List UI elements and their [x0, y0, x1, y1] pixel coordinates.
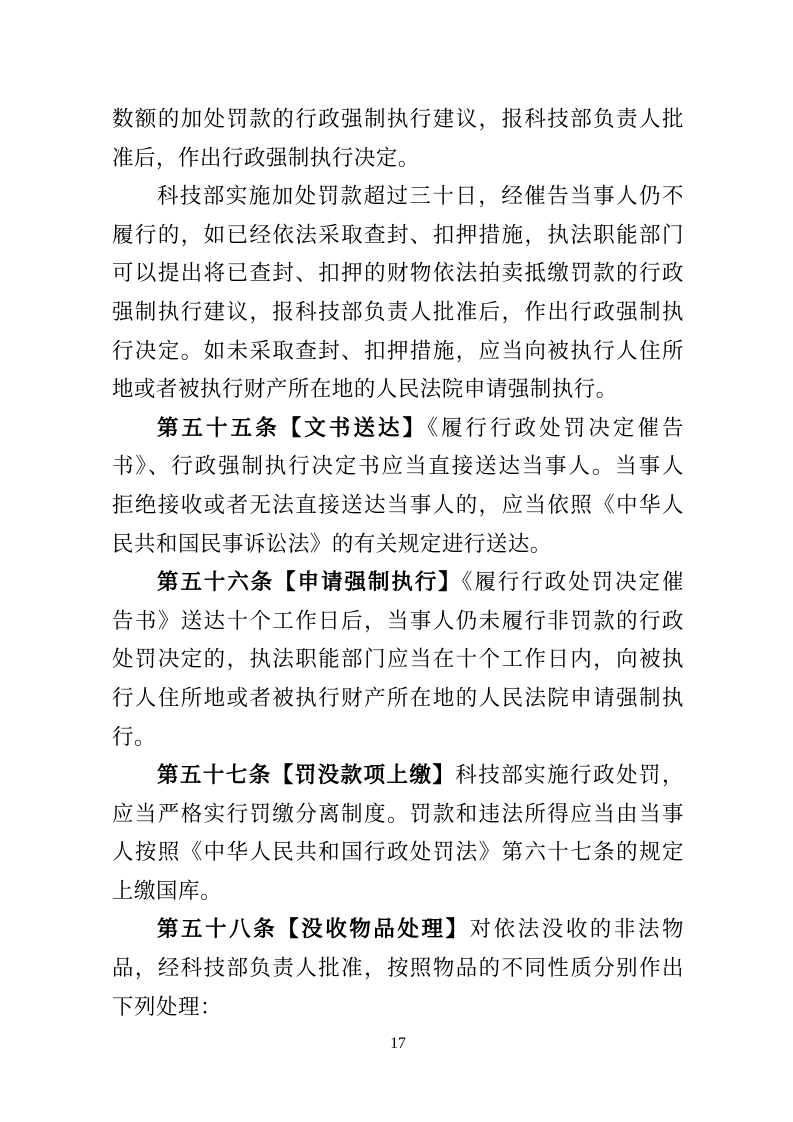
line-text: 科技部实施行政处罚， [455, 763, 684, 787]
text-line: 第五十七条【罚没款项上缴】科技部实施行政处罚， [112, 756, 684, 795]
article-heading: 第五十六条【申请强制执行】 [157, 570, 462, 594]
document-body: 数额的加处罚款的行政强制执行建议，报科技部负责人批准后，作出行政强制执行决定。科… [112, 100, 684, 1026]
line-text: 上缴国库。 [112, 879, 222, 903]
text-line: 处罚决定的，执法职能部门应当在十个工作日内，向被执 [112, 640, 684, 679]
text-line: 下列处理： [112, 988, 684, 1027]
text-line: 民共和国民事诉讼法》的有关规定进行送达。 [112, 525, 684, 564]
line-text: 《履行行政处罚决定催 [462, 570, 684, 594]
text-line: 第五十五条【文书送达】《履行行政处罚决定催告 [112, 409, 684, 448]
line-text: 履行的，如已经依法采取查封、扣押措施，执法职能部门 [112, 223, 684, 247]
article-heading: 第五十七条【罚没款项上缴】 [157, 763, 455, 787]
text-line: 品，经科技部负责人批准，按照物品的不同性质分别作出 [112, 949, 684, 988]
line-text: 行人住所地或者被执行财产所在地的人民法院申请强制执 [112, 686, 684, 710]
line-text: 对依法没收的非法物 [470, 917, 684, 941]
text-line: 告书》送达十个工作日后，当事人仍未履行非罚款的行政 [112, 602, 684, 641]
text-line: 地或者被执行财产所在地的人民法院申请强制执行。 [112, 370, 684, 409]
text-line: 第五十八条【没收物品处理】对依法没收的非法物 [112, 910, 684, 949]
text-line: 行人住所地或者被执行财产所在地的人民法院申请强制执 [112, 679, 684, 718]
text-line: 科技部实施加处罚款超过三十日，经催告当事人仍不 [112, 177, 684, 216]
text-line: 拒绝接收或者无法直接送达当事人的，应当依照《中华人 [112, 486, 684, 525]
line-text: 拒绝接收或者无法直接送达当事人的，应当依照《中华人 [112, 493, 684, 517]
text-line: 第五十六条【申请强制执行】《履行行政处罚决定催 [112, 563, 684, 602]
line-text: 人按照《中华人民共和国行政处罚法》第六十七条的规定 [112, 840, 684, 864]
line-text: 品，经科技部负责人批准，按照物品的不同性质分别作出 [112, 956, 684, 980]
line-text: 准后，作出行政强制执行决定。 [112, 146, 420, 170]
text-line: 准后，作出行政强制执行决定。 [112, 139, 684, 178]
line-text: 处罚决定的，执法职能部门应当在十个工作日内，向被执 [112, 647, 684, 671]
text-line: 可以提出将已查封、扣押的财物依法拍卖抵缴罚款的行政 [112, 254, 684, 293]
line-text: 告书》送达十个工作日后，当事人仍未履行非罚款的行政 [112, 609, 684, 633]
text-line: 书》、行政强制执行决定书应当直接送达当事人。当事人 [112, 447, 684, 486]
article-heading: 第五十五条【文书送达】 [157, 416, 427, 440]
text-line: 行决定。如未采取查封、扣押措施，应当向被执行人住所 [112, 332, 684, 371]
text-line: 人按照《中华人民共和国行政处罚法》第六十七条的规定 [112, 833, 684, 872]
line-text: 数额的加处罚款的行政强制执行建议，报科技部负责人批 [112, 107, 684, 131]
line-text: 民共和国民事诉讼法》的有关规定进行送达。 [112, 532, 552, 556]
line-text: 应当严格实行罚缴分离制度。罚款和违法所得应当由当事 [112, 802, 684, 826]
text-line: 应当严格实行罚缴分离制度。罚款和违法所得应当由当事 [112, 795, 684, 834]
document-page: 数额的加处罚款的行政强制执行建议，报科技部负责人批准后，作出行政强制执行决定。科… [0, 0, 793, 1122]
line-text: 强制执行建议，报科技部负责人批准后，作出行政强制执 [112, 300, 684, 324]
line-text: 行。 [112, 725, 156, 749]
line-text: 科技部实施加处罚款超过三十日，经催告当事人仍不 [157, 184, 684, 208]
line-text: 地或者被执行财产所在地的人民法院申请强制执行。 [112, 377, 618, 401]
line-text: 《履行行政处罚决定催告 [427, 416, 684, 440]
article-heading: 第五十八条【没收物品处理】 [157, 917, 470, 941]
text-line: 强制执行建议，报科技部负责人批准后，作出行政强制执 [112, 293, 684, 332]
text-line: 行。 [112, 718, 684, 757]
text-line: 数额的加处罚款的行政强制执行建议，报科技部负责人批 [112, 100, 684, 139]
text-line: 上缴国库。 [112, 872, 684, 911]
line-text: 书》、行政强制执行决定书应当直接送达当事人。当事人 [112, 454, 684, 478]
line-text: 下列处理： [112, 995, 222, 1019]
line-text: 行决定。如未采取查封、扣押措施，应当向被执行人住所 [112, 339, 684, 363]
text-line: 履行的，如已经依法采取查封、扣押措施，执法职能部门 [112, 216, 684, 255]
page-number: 17 [112, 1034, 684, 1054]
line-text: 可以提出将已查封、扣押的财物依法拍卖抵缴罚款的行政 [112, 261, 684, 285]
